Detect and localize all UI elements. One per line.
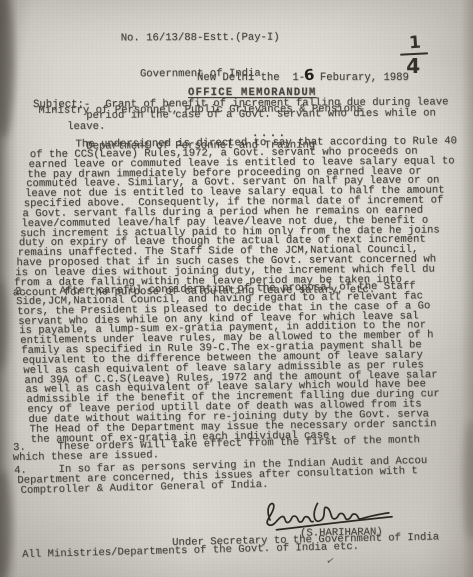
date-prefix: New Delhi the 1-: [197, 72, 305, 84]
place-date-line: New Delhi the 1-6 Feburary, 1989: [197, 66, 409, 84]
scanned-document-page: No. 16/13/88-Estt.(Pay-I) Government of …: [0, 0, 473, 577]
handwritten-checkmark: ✓: [325, 555, 335, 568]
signature-squiggle-icon: [257, 492, 398, 539]
page-fraction-numerator: 1: [394, 33, 435, 54]
reference-number: No. 16/13/88-Estt.(Pay-I): [0, 31, 400, 45]
paragraph-1: The undersigned is directed to say that …: [31, 137, 458, 298]
paragraph-2: 2. After careful consideration of the pr…: [15, 282, 440, 445]
handwritten-signature: [257, 492, 399, 544]
page-fraction-denominator: 4: [393, 55, 433, 77]
scan-blotch: [463, 420, 473, 540]
handwritten-date-digit: 6: [303, 66, 315, 85]
handwritten-page-fraction: 1 4: [393, 33, 436, 79]
paragraph-4: 4. In so far as persons serving in the I…: [14, 457, 428, 497]
